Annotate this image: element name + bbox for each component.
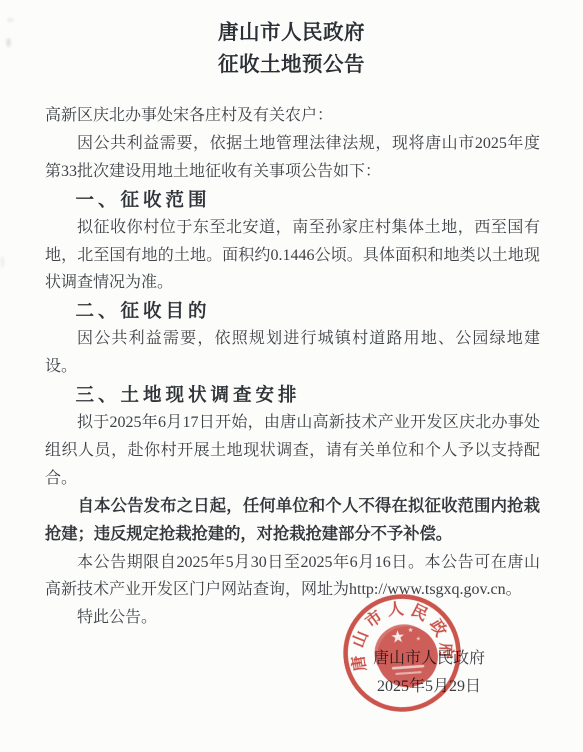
salutation-line: 高新区庆北办事处宋各庄村及有关农户： xyxy=(45,102,540,130)
period-text-end: 。 xyxy=(506,581,522,598)
section-heading-3: 三、土地现状调查安排 xyxy=(45,381,540,409)
closing-paragraph: 特此公告。 xyxy=(45,604,540,632)
document-title: 唐山市人民政府 征收土地预公告 xyxy=(0,17,583,81)
period-paragraph: 本公告期限自2025年5月30日至2025年6月16日。本公告可在唐山高新技术产… xyxy=(45,549,540,605)
title-line-issuer: 唐山市人民政府 xyxy=(0,17,583,49)
section-1-paragraph: 拟征收你村位于东至北安道，南至孙家庄村集体土地，西至国有地，北至国有地的土地。面… xyxy=(45,214,540,298)
section-heading-1: 一、征收范围 xyxy=(45,186,540,214)
title-line-subject: 征收土地预公告 xyxy=(0,49,583,81)
official-seal-stamp: 唐山市人民政府 xyxy=(337,588,467,718)
section-2-paragraph: 因公共利益需要，依照规划进行城镇村道路用地、公园绿地建设。 xyxy=(45,325,540,381)
section-3-paragraph: 拟于2025年6月17日开始，由唐山高新技术产业开发区庆北办事处组织人员，赴你村… xyxy=(45,409,540,493)
national-emblem-icon xyxy=(373,622,440,689)
announcement-document: 唐山市人民政府 征收土地预公告 高新区庆北办事处宋各庄村及有关农户： 因公共利益… xyxy=(0,0,583,752)
warning-paragraph: 自本公告发布之日起，任何单位和个人不得在拟征收范围内抢栽抢建；违反规定抢栽抢建的… xyxy=(45,493,540,549)
document-body: 高新区庆北办事处宋各庄村及有关农户： 因公共利益需要，依据土地管理法律法规，现将… xyxy=(45,102,540,632)
section-heading-2: 二、征收目的 xyxy=(45,297,540,325)
scan-artifact xyxy=(1,256,4,268)
intro-paragraph: 因公共利益需要，依据土地管理法律法规，现将唐山市2025年度第33批次建设用地土… xyxy=(45,130,540,186)
